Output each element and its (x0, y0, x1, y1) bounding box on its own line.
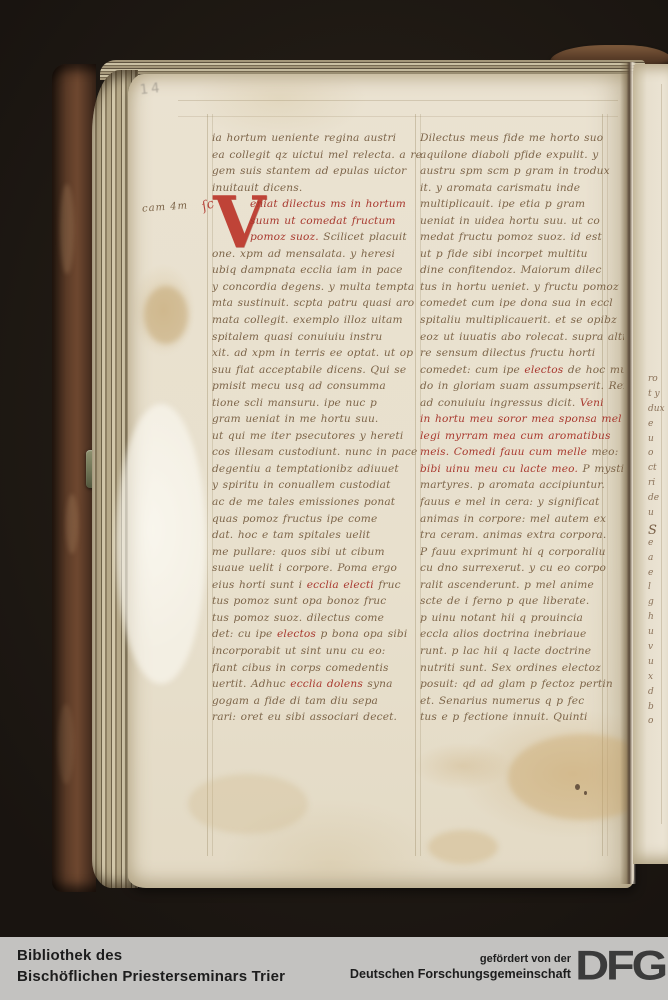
manuscript-line: pmisit mecu usq ad consumma (212, 378, 424, 395)
library-name-line1: Bibliothek des (17, 946, 285, 967)
funding-line1: gefördert von der (350, 952, 571, 967)
manuscript-line: me pullare: quos sibi ut cibum (212, 544, 424, 561)
manuscript-line: eoz ut iuuatis abo rolecat. supra altio (420, 329, 624, 346)
manuscript-line: comedet cum ipe dona sua in eccl (420, 295, 624, 312)
manuscript-line: fiant cibus in corps comedentis (212, 660, 424, 677)
manuscript-line: re sensum dilectus fructu horti (420, 345, 624, 362)
manuscript-line: dat. hoc e tam spitales uelit (212, 527, 424, 544)
next-page-text-fragments: rot yduxeuoctrideuSeaelghuvuxdbo (633, 374, 668, 731)
next-page-text-fragment: ro (633, 374, 668, 389)
next-page-text-fragment: u (633, 508, 668, 523)
manuscript-line: comedet: cum ipe electos de hoc mu (420, 362, 624, 379)
next-page-text-fragment: d (633, 687, 668, 702)
next-page-text-fragment: ri (633, 478, 668, 493)
library-attribution: Bibliothek des Bischöflichen Priestersem… (17, 946, 285, 987)
manuscript-line: martyres. p aromata accipiuntur. (420, 477, 624, 494)
ruling-line (178, 116, 618, 117)
text-column-right: Dilectus meus fide me horto suoaquilone … (420, 130, 624, 726)
manuscript-line: eniat dilectus ms in hortum (212, 196, 424, 213)
chapter-margin-note: cam 4m (142, 200, 189, 214)
manuscript-line: ut p fide sibi incorpet multitu (420, 246, 624, 263)
leather-texture (58, 704, 74, 784)
ink-speck (584, 791, 587, 795)
next-page-text-fragment: ct (633, 463, 668, 478)
manuscript-line: uertit. Adhuc ecclia dolens syna (212, 676, 424, 693)
manuscript-line: P fauu exprimunt hi q corporaliu (420, 544, 624, 561)
manuscript-line: tus e p fectione innuit. Quinti (420, 709, 624, 726)
manuscript-line: ad conuiuiu ingressus dicit. Veni (420, 395, 624, 412)
next-page-text-fragment: dux (633, 404, 668, 419)
manuscript-line: it. y aromata carismatu inde (420, 180, 624, 197)
manuscript-line: spitaliu multiplicauerit. et se opibz (420, 312, 624, 329)
manuscript-line: mta sustinuit. scpta patru quasi aro (212, 295, 424, 312)
funding-attribution: gefördert von der Deutschen Forschungsge… (350, 952, 571, 982)
manuscript-line: bibi uinu meu cu lacte meo. P mystice (420, 461, 624, 478)
manuscript-line: ut qui me iter psecutores y hereti (212, 428, 424, 445)
manuscript-line: ubiq dampnata ecclia iam in pace (212, 262, 424, 279)
manuscript-line: aquilone diaboli pfide expulit. y (420, 147, 624, 164)
manuscript-line: rari: oret eu sibi associari decet. (212, 709, 424, 726)
manuscript-line: animas in corpore: mel autem ex (420, 511, 624, 528)
parchment-stain (188, 774, 308, 834)
next-page-text-fragment: e (633, 419, 668, 434)
manuscript-line: gram ueniat in me hortu suu. (212, 411, 424, 428)
manuscript-line: tione scli mansuru. ipe nuc p (212, 395, 424, 412)
parchment-light-patch (116, 404, 206, 684)
manuscript-line: pomoz suoz. Scilicet placuit (212, 229, 424, 246)
manuscript-line: cos illesam custodiunt. nunc in pace (212, 444, 424, 461)
manuscript-line: ea collegit qz uictui mel relecta. a re (212, 147, 424, 164)
leather-texture (66, 494, 78, 554)
manuscript-line: quas pomoz fructus ipe come (212, 511, 424, 528)
manuscript-line: do in gloriam suam assumpserit. Rex (420, 378, 624, 395)
manuscript-line: runt. p lac hii q lacte doctrine (420, 643, 624, 660)
next-page-text-fragment: u (633, 627, 668, 642)
manuscript-line: gogam a fide di tam diu sepa (212, 693, 424, 710)
manuscript-line: eius horti sunt i ecclia electi fruc (212, 577, 424, 594)
dfg-logo: DFG (575, 941, 665, 990)
manuscript-line: tus in hortu ueniet. y fructu pomoz (420, 279, 624, 296)
next-page-text-fragment: o (633, 716, 668, 731)
manuscript-line: p uinu notant hii q prouincia (420, 610, 624, 627)
manuscript-line: degentiu a temptationibz adiuuet (212, 461, 424, 478)
manuscript-line: tus pomoz sunt opa bonoz fruc (212, 593, 424, 610)
ink-speck (575, 784, 580, 790)
manuscript-page: 14 cam 4m ſc V ia hortum ueniente regina… (128, 74, 634, 888)
manuscript-line: suaue uelit i corpore. Poma ergo (212, 560, 424, 577)
next-page-text-fragment: o (633, 448, 668, 463)
manuscript-line: det: cu ipe electos p bona opa sibi (212, 626, 424, 643)
library-name-line2: Bischöflichen Priesterseminars Trier (17, 967, 285, 988)
next-page-text-fragment: a (633, 553, 668, 568)
manuscript-line: one. xpm ad mensalata. y heresi (212, 246, 424, 263)
manuscript-line: xit. ad xpm in terris ee optat. ut op (212, 345, 424, 362)
parchment-stain (428, 830, 498, 864)
next-page-text-fragment: h (633, 612, 668, 627)
next-page-text-fragment: e (633, 538, 668, 553)
next-page-text-fragment: b (633, 702, 668, 717)
manuscript-line: eccla alios doctrina inebriaue (420, 626, 624, 643)
manuscript-scan-photo: 14 cam 4m ſc V ia hortum ueniente regina… (0, 0, 668, 1000)
next-page-text-fragment: l (633, 582, 668, 597)
manuscript-line: legi myrram mea cum aromatibus (420, 428, 624, 445)
next-page-text-fragment: x (633, 672, 668, 687)
next-page-edge: rot yduxeuoctrideuSeaelghuvuxdbo (633, 64, 668, 864)
manuscript-line: ueniat in uidea hortu suu. ut co (420, 213, 624, 230)
next-page-text-fragment: S (633, 523, 668, 538)
manuscript-line: y concordia degens. y multa tempta (212, 279, 424, 296)
text-column-left: ia hortum ueniente regina austriea colle… (212, 130, 424, 726)
next-page-text-fragment: v (633, 642, 668, 657)
parchment-stain (144, 286, 188, 344)
manuscript-line: fauus e mel in cera: y significat (420, 494, 624, 511)
manuscript-line: spitalem quasi conuiuiu instru (212, 329, 424, 346)
manuscript-line: suum ut comedat fructum (212, 213, 424, 230)
manuscript-line: y spiritu in conuallem custodiat (212, 477, 424, 494)
manuscript-line: Dilectus meus fide me horto suo (420, 130, 624, 147)
next-page-text-fragment: g (633, 597, 668, 612)
manuscript-line: ia hortum ueniente regina austri (212, 130, 424, 147)
manuscript-line: dine confitendoz. Maiorum dilec (420, 262, 624, 279)
manuscript-line: tra ceram. animas extra corpora. (420, 527, 624, 544)
manuscript-line: meis. Comedi fauu cum melle meo: (420, 444, 624, 461)
manuscript-line: nutriti sunt. Sex ordines electoz (420, 660, 624, 677)
manuscript-line: gem suis stantem ad epulas uictor (212, 163, 424, 180)
ruling-line (178, 100, 618, 101)
funding-line2: Deutschen Forschungsgemeinschaft (350, 967, 571, 982)
manuscript-line: inuitauit dicens. (212, 180, 424, 197)
manuscript-line: et. Senarius numerus q p fec (420, 693, 624, 710)
manuscript-line: multiplicauit. ipe etia p gram (420, 196, 624, 213)
manuscript-line: tus pomoz suoz. dilectus come (212, 610, 424, 627)
ruling-line (207, 114, 208, 856)
next-page-text-fragment: e (633, 568, 668, 583)
manuscript-line: ralit ascenderunt. p mel anime (420, 577, 624, 594)
manuscript-line: suu fiat acceptabile dicens. Qui se (212, 362, 424, 379)
attribution-bar: Bibliothek des Bischöflichen Priestersem… (0, 937, 668, 1000)
next-page-text-fragment: u (633, 434, 668, 449)
next-page-text-fragment: t y (633, 389, 668, 404)
leather-texture (60, 184, 74, 274)
pencil-foliation: 14 (139, 81, 163, 98)
manuscript-line: scte de i ferno p que liberate. (420, 593, 624, 610)
manuscript-line: posuit: qd ad glam p fectoz pertin (420, 676, 624, 693)
manuscript-line: incorporabit ut sint unu cu eo: (212, 643, 424, 660)
manuscript-line: cu dno surrexerut. y cu eo corpo (420, 560, 624, 577)
manuscript-line: mata collegit. exemplo illoz uitam (212, 312, 424, 329)
manuscript-line: medat fructu pomoz suoz. id est (420, 229, 624, 246)
manuscript-line: ac de me tales emissiones ponat (212, 494, 424, 511)
manuscript-line: austru spm scm p gram in trodux (420, 163, 624, 180)
next-page-text-fragment: u (633, 657, 668, 672)
manuscript-line: in hortu meu soror mea sponsa mel (420, 411, 624, 428)
next-page-text-fragment: de (633, 493, 668, 508)
